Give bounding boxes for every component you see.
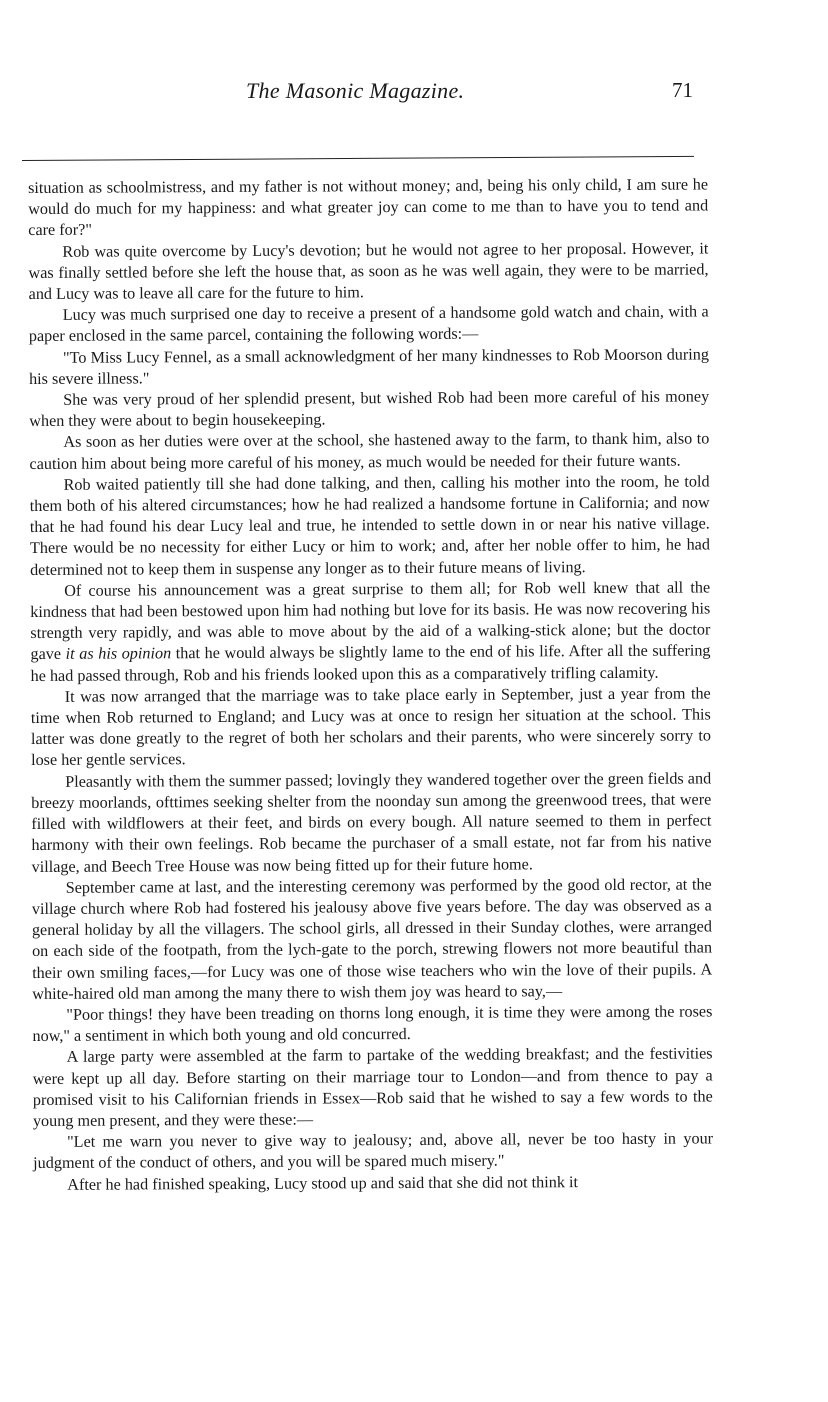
paragraph: A large party were assembled at the farm… [33, 1044, 713, 1132]
paragraph: Pleasantly with them the summer passed; … [31, 768, 712, 878]
paragraph: situation as schoolmistress, and my fath… [28, 174, 708, 241]
magazine-page: The Masonic Magazine. 71 situation as sc… [0, 0, 828, 1402]
running-head: The Masonic Magazine. 71 [0, 78, 828, 118]
article-body: situation as schoolmistress, and my fath… [28, 174, 713, 1195]
running-title: The Masonic Magazine. [246, 78, 464, 104]
header-rule [22, 156, 694, 161]
paragraph: She was very proud of her splendid prese… [29, 386, 709, 432]
quoted-speech: "Let me warn you never to give way to je… [33, 1129, 713, 1175]
paragraph: After he had finished speaking, Lucy sto… [33, 1171, 713, 1196]
paragraph: September came at last, and the interest… [32, 874, 713, 1005]
page-number: 71 [672, 78, 693, 103]
quoted-note: "To Miss Lucy Fennel, as a small acknowl… [29, 344, 709, 390]
paragraph: Of course his announcement was a great s… [30, 577, 711, 687]
paragraph: Rob waited patiently till she had done t… [30, 471, 711, 581]
italic-phrase: it as his opinion [66, 645, 172, 664]
quoted-speech: "Poor things! they have been treading on… [32, 1001, 712, 1047]
paragraph: Lucy was much surprised one day to recei… [29, 302, 709, 348]
paragraph: It was now arranged that the marriage wa… [31, 683, 711, 771]
paragraph: Rob was quite overcome by Lucy's devotio… [28, 238, 708, 305]
paragraph: As soon as her duties were over at the s… [29, 429, 709, 475]
